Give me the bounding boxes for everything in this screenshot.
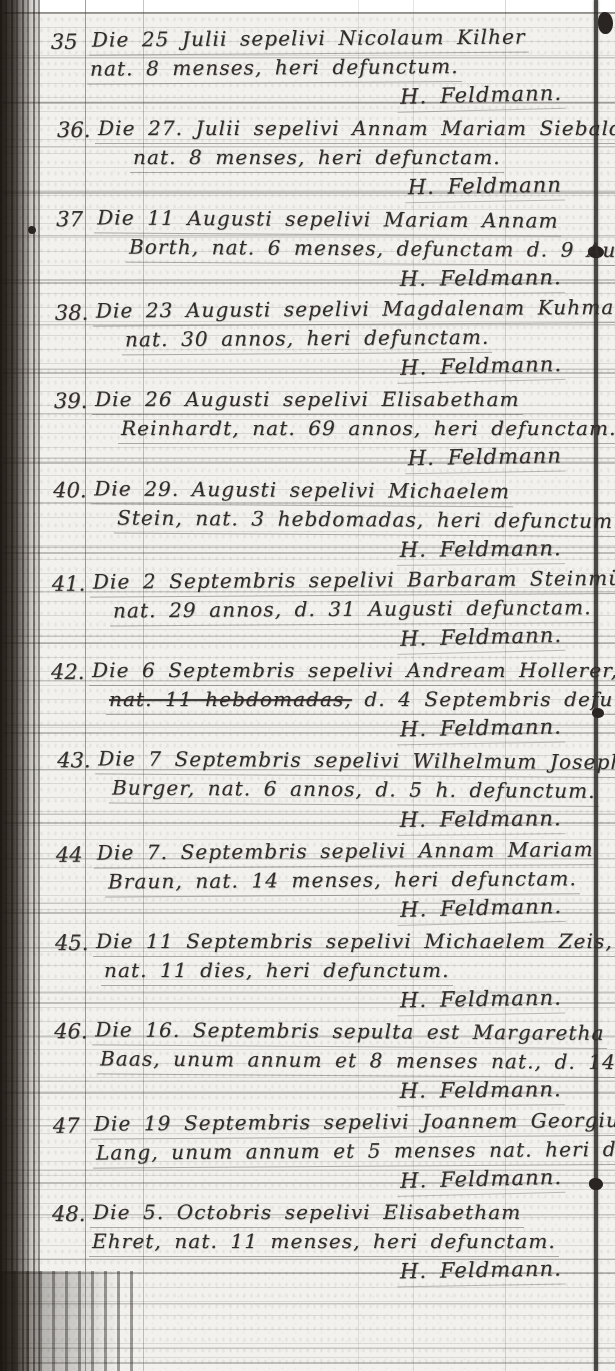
entry-line1: Die 7 Septembris sepelivi Wilhelmum Jose… (95, 746, 615, 779)
register-entry: 41. Die 2 Septembris sepelivi Barbaram S… (46, 564, 604, 658)
entry-line1: Die 11 Septembris sepelivi Michaelem Zei… (93, 928, 615, 957)
entry-line2: Stein, nat. 3 hebdomadas, heri defunctum… (114, 504, 615, 537)
entry-signature: H. Feldmann. (397, 80, 566, 113)
register-entry: 47 Die 19 Septembris sepelivi Joannem Ge… (47, 1106, 604, 1200)
entry-signature: H. Feldmann. (397, 984, 566, 1016)
entry-line2: nat. 29 annos, d. 31 Augusti defunctam. (110, 594, 595, 626)
entry-line2: nat. 8 menses, heri defunctum. (87, 53, 462, 85)
entry-signature: H. Feldmann. (397, 264, 565, 295)
entry-line2: nat. 30 annos, heri defunctam. (122, 324, 493, 356)
entry-number: 37 (56, 207, 83, 231)
register-entry: 44 Die 7. Septembris sepelivi Annam Mari… (50, 835, 604, 929)
entry-line1: Die 27. Julii sepelivi Annam Mariam Sieb… (95, 115, 615, 144)
entry-number: 43. (57, 749, 91, 773)
entry-line1: Die 29. Augusti sepelivi Michaelem (91, 475, 513, 507)
entry-line1: Die 26 Augusti sepelivi Elisabetham (92, 386, 523, 415)
entry-line2: Reinhardt, nat. 69 annos, heri defunctam… (118, 415, 615, 444)
entry-signature: H. Feldmann. (397, 1255, 566, 1287)
entry-number: 46. (54, 1019, 88, 1043)
entry-number: 45. (55, 931, 88, 955)
entry-number: 41. (52, 571, 86, 595)
register-entry: 38. Die 23 Augusti sepelivi Magdalenam K… (49, 293, 604, 387)
entry-line1: Die 19 Septembris sepelivi Joannem Georg… (91, 1106, 615, 1139)
entry-line2-struck: nat. 11 hebdomadas, (109, 687, 352, 711)
register-entry: 45. Die 11 Septembris sepelivi Michaelem… (49, 927, 603, 1017)
entry-line1: Die 5. Octobris sepelivi Elisabetham (90, 1199, 524, 1228)
register-entry: 37 Die 11 Augusti sepelivi Mariam Annam … (50, 203, 604, 297)
entry-number: 40. (53, 478, 87, 502)
entry-line1: Die 7. Septembris sepelivi Annam Mariam (94, 836, 597, 869)
register-entry: 46. Die 16. Septembris sepulta est Marga… (48, 1015, 604, 1109)
register-entry: 43. Die 7 Septembris sepelivi Wilhelmum … (51, 744, 604, 838)
entry-signature: H. Feldmann. (397, 535, 565, 566)
register-entry: 42. Die 6 Septembris sepelivi Andream Ho… (45, 656, 603, 746)
entry-line2: Baas, unum annum et 8 menses nat., d. 14… (97, 1046, 615, 1080)
entry-number: 35 (51, 30, 78, 54)
entry-line2: nat. 11 dies, heri defunctum. (101, 957, 453, 986)
register-entry: 35 Die 25 Julii sepelivi Nicolaum Kilher… (45, 22, 604, 116)
entry-line1: Die 25 Julii sepelivi Nicolaum Kilher (89, 24, 529, 56)
entry-signature: H. Feldmann. (397, 1076, 565, 1107)
entry-number: 39. (54, 389, 87, 413)
entry-line1: Die 23 Augusti sepelivi Magdalenam Kuhma… (93, 294, 615, 327)
entry-line2: Lang, unum annum et 5 menses nat. heri d… (93, 1135, 615, 1168)
entry-number: 47 (53, 1113, 80, 1137)
entry-signature: H. Feldmann. (397, 714, 566, 746)
entry-signature: H. Feldmann. (397, 893, 566, 926)
entry-line2: Braun, nat. 14 menses, heri defunctam. (105, 865, 580, 897)
register-scan-page: 35 Die 25 Julii sepelivi Nicolaum Kilher… (0, 0, 615, 1371)
entry-signature: H. Feldmann. (397, 806, 565, 837)
entry-line2: Burger, nat. 6 annos, d. 5 h. defunctum. (109, 775, 599, 807)
entry-line1: Die 16. Septembris sepulta est Margareth… (92, 1017, 608, 1050)
entry-line2: Ehret, nat. 11 menses, heri defunctam. (89, 1228, 559, 1257)
entry-number: 44 (56, 842, 83, 866)
entry-signature: H. Feldmann (404, 172, 565, 204)
entry-number: 42. (51, 660, 84, 684)
burial-entries-list: 35 Die 25 Julii sepelivi Nicolaum Kilher… (0, 0, 615, 1371)
entry-signature: H. Feldmann (404, 443, 565, 475)
entry-line1: Die 2 Septembris sepelivi Barbaram Stein… (90, 564, 615, 597)
entry-number: 48. (52, 1202, 85, 1226)
entry-number: 36. (57, 118, 90, 142)
entry-signature: H. Feldmann. (397, 622, 566, 655)
entry-signature: H. Feldmann. (397, 1163, 566, 1196)
entry-number: 38. (55, 301, 89, 325)
register-entry: 36. Die 27. Julii sepelivi Annam Mariam … (51, 114, 603, 204)
register-entry: 48. Die 5. Octobris sepelivi Elisabetham… (46, 1198, 603, 1288)
entry-line1: Die 6 Septembris sepelivi Andream Holler… (89, 657, 615, 686)
register-entry: 40. Die 29. Augusti sepelivi Michaelem S… (47, 474, 604, 568)
entry-line1: Die 11 Augusti sepelivi Mariam Annam (94, 204, 562, 236)
entry-line2: nat. 11 hebdomadas, d. 4 Septembris defu… (106, 686, 615, 715)
entry-line2: nat. 8 menses, heri defunctam. (130, 144, 504, 173)
entry-signature: H. Feldmann. (397, 351, 566, 384)
entry-line2: Borth, nat. 6 menses, defunctam d. 9 Aug… (126, 233, 615, 266)
register-entry: 39. Die 26 Augusti sepelivi Elisabetham … (48, 385, 603, 475)
